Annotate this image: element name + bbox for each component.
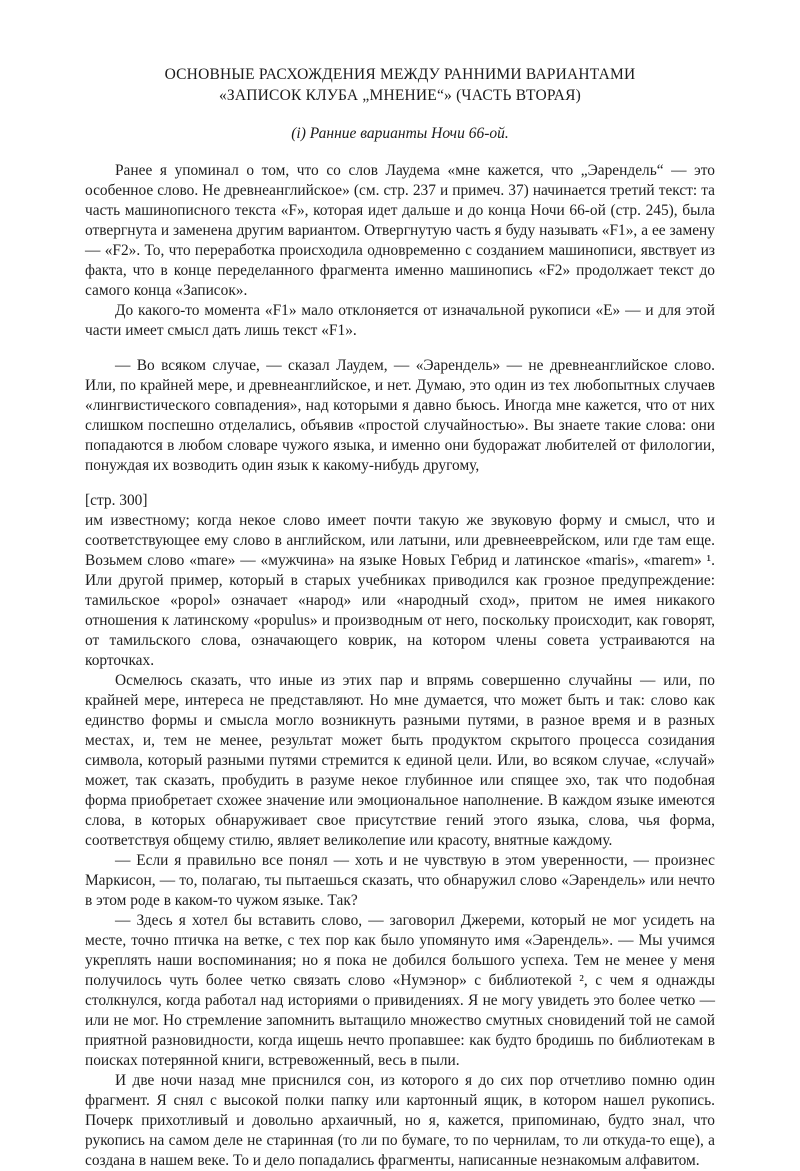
title-line-1: ОСНОВНЫЕ РАСХОЖДЕНИЯ МЕЖДУ РАННИМИ ВАРИА… [85, 64, 715, 85]
paragraph-3-dialogue: — Во всяком случае, — сказал Лаудем, — «… [85, 356, 715, 476]
page-number-marker: [стр. 300] [85, 491, 715, 511]
paragraph-2: До какого-то момента «F1» мало отклоняет… [85, 301, 715, 341]
paragraph-1: Ранее я упоминал о том, что со слов Лауд… [85, 161, 715, 301]
paragraph-5: Осмелюсь сказать, что иные из этих пар и… [85, 671, 715, 851]
paragraph-4-continuation: им известному; когда некое слово имеет п… [85, 511, 715, 671]
paragraph-8: И две ночи назад мне приснился сон, из к… [85, 1071, 715, 1171]
paragraph-7-dialogue: — Здесь я хотел бы вставить слово, — заг… [85, 911, 715, 1071]
title-line-2: «ЗАПИСОК КЛУБА „МНЕНИЕ“» (ЧАСТЬ ВТОРАЯ) [85, 85, 715, 106]
paragraph-6-dialogue: — Если я правильно все понял — хоть и не… [85, 851, 715, 911]
page-title: ОСНОВНЫЕ РАСХОЖДЕНИЯ МЕЖДУ РАННИМИ ВАРИА… [85, 64, 715, 106]
section-subtitle: (i) Ранние варианты Ночи 66-ой. [85, 124, 715, 144]
document-page: ОСНОВНЫЕ РАСХОЖДЕНИЯ МЕЖДУ РАННИМИ ВАРИА… [0, 0, 800, 1131]
